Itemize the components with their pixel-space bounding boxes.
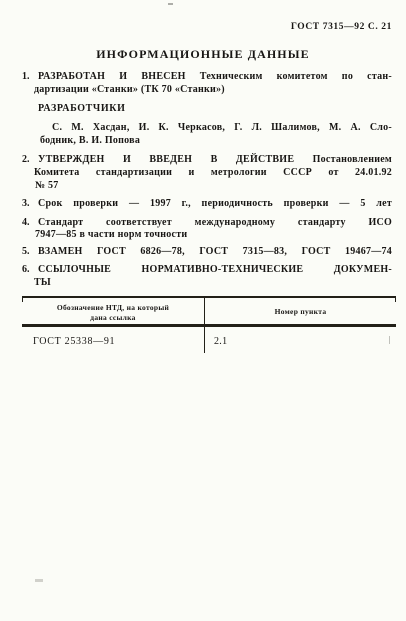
item-5-number: 5. [22,246,30,257]
item-1-number: 1. [22,71,30,82]
item-4-line-2: 7947—85 в части норм точности [35,229,187,240]
item-1-line-2: дартизации «Станки» (ТК 70 «Станки») [34,84,225,95]
page-title: ИНФОРМАЦИОННЫЕ ДАННЫЕ [0,47,406,62]
item-4-number: 4. [22,217,30,228]
table-corner-tick-right [395,296,396,302]
item-6-number: 6. [22,264,30,275]
item-5-line-1: ВЗАМЕН ГОСТ 6826—78, ГОСТ 7315—83, ГОСТ … [38,246,392,257]
item-2-number: 2. [22,154,30,165]
item-3-line-1: Срок проверки — 1997 г., периодичность п… [38,198,392,209]
table-cell-punkt: 2.1 [214,336,227,347]
table-header-separator [22,324,396,327]
item-3-number: 3. [22,198,30,209]
page-header: ГОСТ 7315—92 С. 21 [291,22,392,32]
table-col2-header: Номер пункта [205,307,396,316]
scan-artifact [168,3,173,5]
item-4-line-1: Стандарт соответствует международному ст… [38,217,392,228]
document-page: ГОСТ 7315—92 С. 21 ИНФОРМАЦИОННЫЕ ДАННЫЕ… [0,0,406,621]
item-2-line-1: УТВЕРЖДЕН И ВВЕДЕН В ДЕЙСТВИЕ Постановле… [38,154,392,165]
table-col1-header-line-1: Обозначение НТД, на который [22,303,204,312]
item-2-line-2: Комитета стандартизации и метрологии ССС… [34,167,392,178]
developers-line-2: бодник, В. И. Попова [40,135,140,146]
table-col1-header-line-2: дана ссылка [22,313,204,322]
scan-artifact [35,579,43,582]
table-corner-tick-left [22,296,23,302]
item-1-line-1: РАЗРАБОТАН И ВНЕСЕН Техническим комитето… [38,71,392,82]
table-top-border [22,296,396,298]
developers-heading: РАЗРАБОТЧИКИ [38,103,125,114]
item-6-line-2: ТЫ [34,277,51,288]
item-2-line-3: № 57 [35,180,59,191]
table-cell-ntd: ГОСТ 25338—91 [33,336,115,347]
developers-line-1: С. М. Хасдан, И. К. Черкасов, Г. Л. Шали… [52,122,392,133]
scan-artifact [389,336,390,344]
item-6-line-1: ССЫЛОЧНЫЕ НОРМАТИВНО-ТЕХНИЧЕСКИЕ ДОКУМЕН… [38,264,392,275]
